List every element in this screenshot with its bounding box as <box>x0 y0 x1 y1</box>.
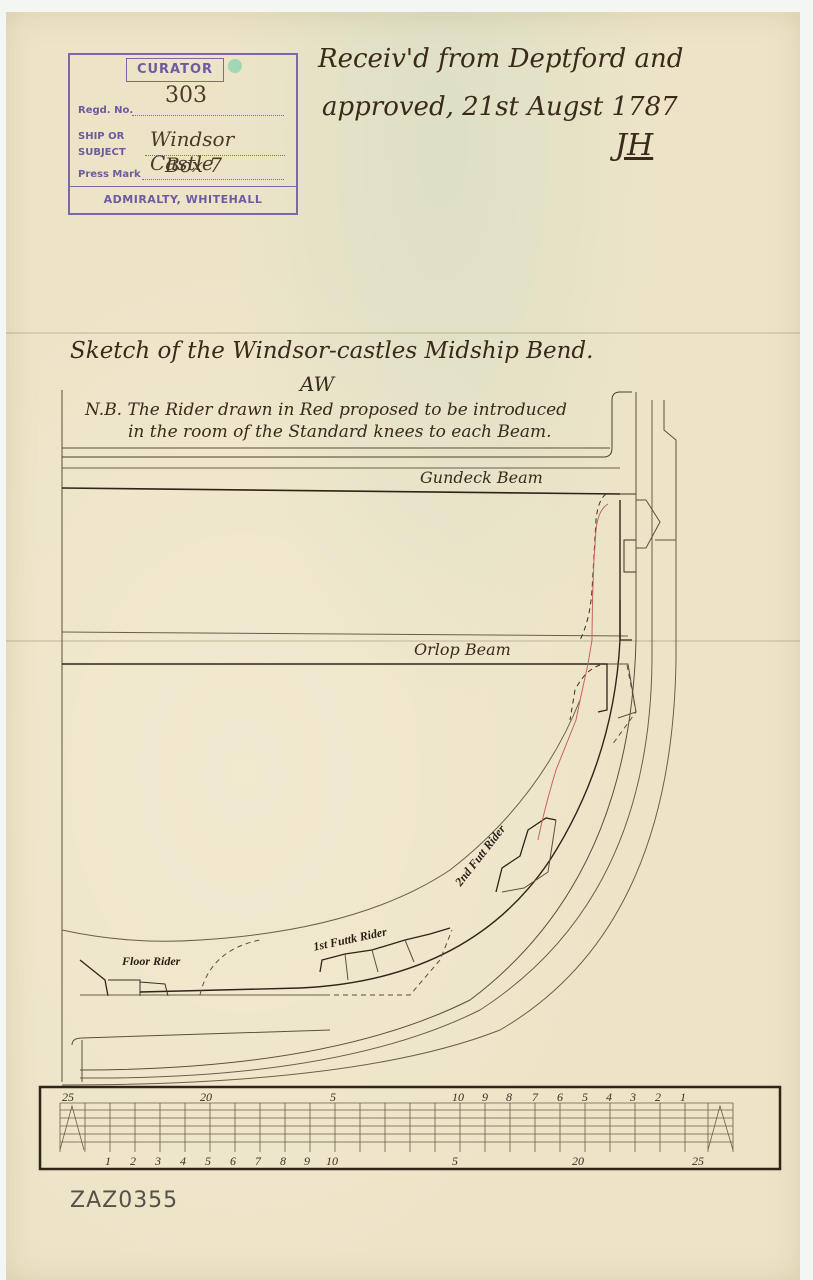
scale-bottom-label: 3 <box>155 1154 161 1169</box>
scale-bottom-label: 1 <box>105 1154 111 1169</box>
scale-bottom-label: 5 <box>452 1154 458 1169</box>
scale-top-label: 5 <box>582 1090 588 1105</box>
scale-bottom-label: 5 <box>205 1154 211 1169</box>
scale-top-label: 1 <box>680 1090 686 1105</box>
scale-top-label: 10 <box>452 1090 464 1105</box>
orlop-beam-label: Orlop Beam <box>414 640 511 659</box>
scale-bottom-label: 4 <box>180 1154 186 1169</box>
scale-top-label: 2 <box>655 1090 661 1105</box>
floor-rider-label: Floor Rider <box>122 954 180 969</box>
scale-bottom-label: 6 <box>230 1154 236 1169</box>
accession-number: ZAZ0355 <box>70 1188 178 1213</box>
scale-bottom-label: 9 <box>304 1154 310 1169</box>
scale-top-label: 20 <box>200 1090 212 1105</box>
scale-bottom-label: 8 <box>280 1154 286 1169</box>
midship-bend-drawing <box>0 0 813 1280</box>
scale-bottom-label: 2 <box>130 1154 136 1169</box>
scale-top-label: 25 <box>62 1090 74 1105</box>
gundeck-beam-label: Gundeck Beam <box>420 468 543 487</box>
scale-bottom-label: 10 <box>326 1154 338 1169</box>
scale-top-label: 7 <box>532 1090 538 1105</box>
scale-bottom-label: 25 <box>692 1154 704 1169</box>
scale-top-label: 4 <box>606 1090 612 1105</box>
scale-top-label: 8 <box>506 1090 512 1105</box>
scale-bottom-label: 20 <box>572 1154 584 1169</box>
scale-top-label: 5 <box>330 1090 336 1105</box>
scale-top-label: 6 <box>557 1090 563 1105</box>
scale-top-label: 3 <box>630 1090 636 1105</box>
scale-top-label: 9 <box>482 1090 488 1105</box>
scale-bottom-label: 7 <box>255 1154 261 1169</box>
